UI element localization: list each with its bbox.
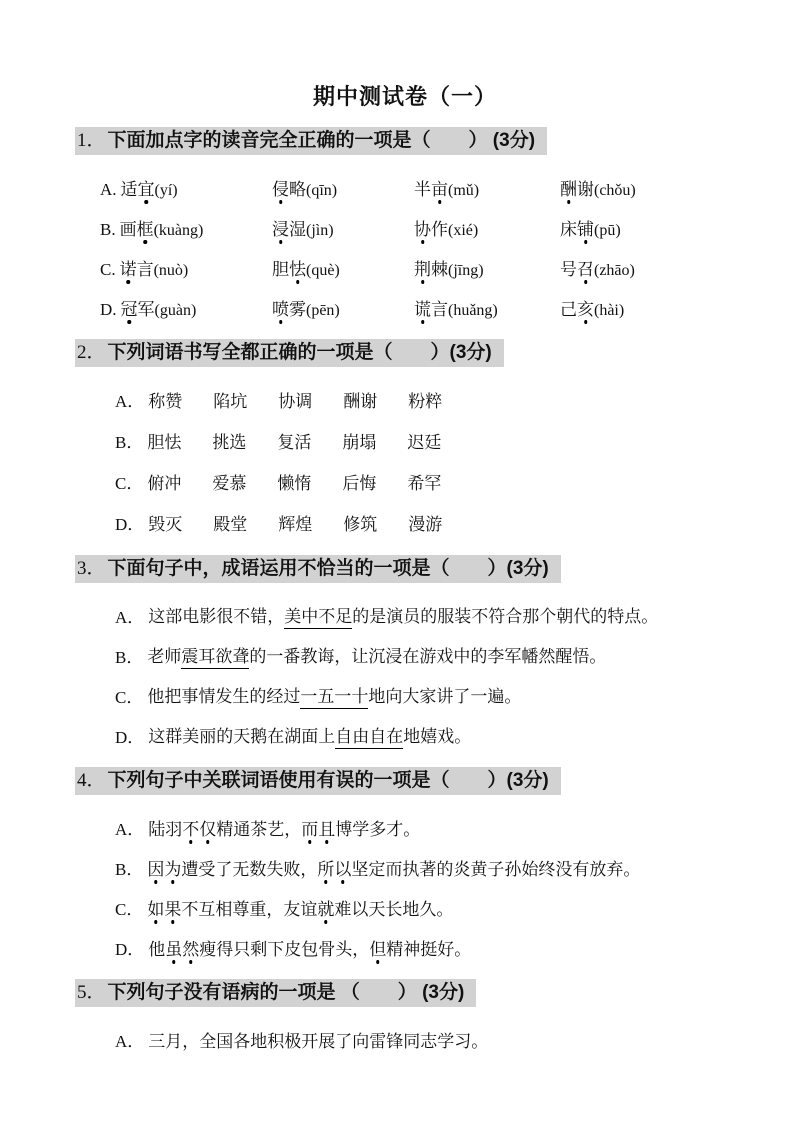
option-row-b: B.画框(kuàng) 浸湿(jìn) 协作(xié) 床铺(pū) xyxy=(75,207,735,247)
word-item: 懒惰 xyxy=(277,469,311,494)
option-row-d: D．他虽然瘦得只剩下皮包骨头，但精神挺好。 xyxy=(75,927,735,967)
option-label: C． xyxy=(115,469,143,494)
dotted-char: 亩 xyxy=(431,175,448,200)
underlined-phrase: 美中不足 xyxy=(284,602,352,629)
question-3-text: 下面句子中，成语运用不恰当的一项是（ ）(3分) xyxy=(108,558,549,579)
word-cell: D.冠军(guàn) xyxy=(100,295,272,320)
dotted-char: 怯 xyxy=(289,255,306,280)
test-paper-page: 期中测试卷（一） 1．下面加点字的读音完全正确的一项是（ ） (3分) A.适宜… xyxy=(0,0,793,1122)
option-label: A． xyxy=(115,1027,144,1052)
word-item: 画框(kuàng) xyxy=(120,220,204,239)
option-label: D． xyxy=(115,723,144,748)
text-run: 瘦得只剩下皮包骨头， xyxy=(199,940,369,959)
text-run: 言 xyxy=(431,300,448,319)
option-sentence: 他把事情发生的经过一五一十地向大家讲了一遍。 xyxy=(147,682,521,709)
option-row-a: A.适宜(yí) 侵略(qīn) 半亩(mǔ) 酬谢(chǒu) xyxy=(75,167,735,207)
underlined-phrase: 一五一十 xyxy=(300,682,368,709)
dotted-char: 宜 xyxy=(138,175,155,200)
dotted-char: 但 xyxy=(369,935,386,960)
option-label: A． xyxy=(115,387,144,412)
text-run: 地向大家讲了一遍。 xyxy=(368,687,521,706)
word-item: 己亥(hài) xyxy=(560,295,735,320)
option-sentence: 老师震耳欲聋的一番教诲，让沉浸在游戏中的李军幡然醒悟。 xyxy=(147,642,606,669)
text-run: 己 xyxy=(560,300,577,319)
option-row-b: B．老师震耳欲聋的一番教诲，让沉浸在游戏中的李军幡然醒悟。 xyxy=(75,635,735,675)
pinyin: (jìn) xyxy=(306,222,334,239)
question-5-header: 5．下列句子没有语病的一项是 （ ） (3分) xyxy=(75,979,476,1007)
pinyin: (chǒu) xyxy=(594,182,636,199)
question-2-number: 2． xyxy=(77,342,106,363)
word-cell: C.诺言(nuò) xyxy=(100,255,272,280)
text-run: 地嬉戏。 xyxy=(403,727,471,746)
dotted-char: 诺 xyxy=(120,255,137,280)
word-item: 修筑 xyxy=(343,510,377,535)
dotted-char: 浸 xyxy=(272,215,289,240)
word-item: 希罕 xyxy=(407,469,441,494)
dotted-char: 铺 xyxy=(577,215,594,240)
option-label: A. xyxy=(100,180,117,199)
dotted-char: 果 xyxy=(164,895,181,920)
question-4-header: 4．下列句子中关联词语使用有误的一项是（ ）(3分) xyxy=(75,767,561,795)
dotted-char: 然 xyxy=(182,935,199,960)
question-5-number: 5． xyxy=(77,982,106,1003)
word-item: 称赞 xyxy=(148,387,182,412)
option-label: B. xyxy=(100,220,116,239)
pinyin: (zhāo) xyxy=(594,262,635,279)
question-1-header: 1．下面加点字的读音完全正确的一项是（ ） (3分) xyxy=(75,127,547,155)
dotted-char: 为 xyxy=(164,855,181,880)
word-item: 半亩(mǔ) xyxy=(414,175,560,200)
option-sentence: 陆羽不仅精通茶艺，而且博学多才。 xyxy=(148,815,420,840)
question-2-options: A． 称赞 陷坑 协调 酬谢 粉粹 B． 胆怯 挑选 复活 崩塌 迟廷 C． 俯… xyxy=(75,379,735,543)
pinyin: (nuò) xyxy=(154,262,189,279)
word-item: 后悔 xyxy=(342,469,376,494)
word-item: 挑选 xyxy=(212,428,246,453)
dotted-char: 不 xyxy=(182,815,199,840)
question-2-text: 下列词语书写全都正确的一项是（ ）(3分) xyxy=(108,342,492,363)
dotted-char: 荆 xyxy=(414,255,431,280)
word-item: 胆怯(què) xyxy=(272,255,414,280)
text-run: 老师 xyxy=(147,647,181,666)
question-2: 2．下列词语书写全都正确的一项是（ ）(3分) A． 称赞 陷坑 协调 酬谢 粉… xyxy=(75,339,735,543)
option-row-a: A．陆羽不仅精通茶艺，而且博学多才。 xyxy=(75,807,735,847)
word-item: 浸湿(jìn) xyxy=(272,215,414,240)
option-sentence: 因为遭受了无数失败，所以坚定而执著的炎黄子孙始终没有放弃。 xyxy=(147,855,640,880)
question-4-number: 4． xyxy=(77,770,106,791)
pinyin: (xié) xyxy=(448,222,478,239)
word-item: 酬谢 xyxy=(343,387,377,412)
option-label: D． xyxy=(115,935,144,960)
text-run: 作 xyxy=(431,220,448,239)
text-run: 棘 xyxy=(431,260,448,279)
option-row-c: C.诺言(nuò) 胆怯(què) 荆棘(jīng) 号召(zhāo) xyxy=(75,247,735,287)
underlined-phrase: 震耳欲聋 xyxy=(181,642,249,669)
text-run: 他把事情发生的经过 xyxy=(147,687,300,706)
word-item: 辉煌 xyxy=(278,510,312,535)
text-run: 博学多才。 xyxy=(335,820,420,839)
dotted-char: 且 xyxy=(318,815,335,840)
text-run: 精神挺好。 xyxy=(386,940,471,959)
pinyin: (pēn) xyxy=(306,302,340,319)
text-run: 胆 xyxy=(272,260,289,279)
dotted-char: 喷 xyxy=(272,295,289,320)
text-run: 陆羽 xyxy=(148,820,182,839)
option-label: B． xyxy=(115,428,143,453)
option-row-b: B．因为遭受了无数失败，所以坚定而执著的炎黄子孙始终没有放弃。 xyxy=(75,847,735,887)
text-run: 言 xyxy=(137,260,154,279)
pinyin: (què) xyxy=(306,262,340,279)
pinyin: (yí) xyxy=(155,182,178,199)
question-3-options: A．这部电影很不错，美中不足的是演员的服装不符合那个朝代的特点。 B．老师震耳欲… xyxy=(75,595,735,755)
question-1-options: A.适宜(yí) 侵略(qīn) 半亩(mǔ) 酬谢(chǒu) B.画框(ku… xyxy=(75,167,735,327)
text-run: 军 xyxy=(138,300,155,319)
option-label: D． xyxy=(115,510,144,535)
option-row-b: B． 胆怯 挑选 复活 崩塌 迟廷 xyxy=(75,420,735,461)
option-row-d: D．这群美丽的天鹅在湖面上自由自在地嬉戏。 xyxy=(75,715,735,755)
word-item: 漫游 xyxy=(408,510,442,535)
text-run: 雾 xyxy=(289,300,306,319)
word-item: 协调 xyxy=(278,387,312,412)
dotted-char: 框 xyxy=(137,215,154,240)
option-label: C. xyxy=(100,260,116,279)
word-item: 号召(zhāo) xyxy=(560,255,735,280)
option-row-c: C． 俯冲 爱慕 懒惰 后悔 希罕 xyxy=(75,461,735,502)
pinyin: (hài) xyxy=(594,302,624,319)
text-run: 床 xyxy=(560,220,577,239)
dotted-char: 召 xyxy=(577,255,594,280)
dotted-char: 协 xyxy=(414,215,431,240)
option-label: C． xyxy=(115,895,143,920)
text-run: 湿 xyxy=(289,220,306,239)
dotted-char: 而 xyxy=(301,815,318,840)
pinyin: (guàn) xyxy=(155,302,197,319)
option-row-a: A． 称赞 陷坑 协调 酬谢 粉粹 xyxy=(75,379,735,420)
option-sentence: 他虽然瘦得只剩下皮包骨头，但精神挺好。 xyxy=(148,935,471,960)
text-run: 遭受了无数失败， xyxy=(181,860,317,879)
word-item: 毁灭 xyxy=(148,510,182,535)
word-item: 陷坑 xyxy=(213,387,247,412)
word-item: 崩塌 xyxy=(342,428,376,453)
option-sentence: 三月，全国各地积极开展了向雷锋同志学习。 xyxy=(148,1027,488,1052)
dotted-char: 因 xyxy=(147,855,164,880)
word-cell: B.画框(kuàng) xyxy=(100,215,272,240)
question-3-number: 3． xyxy=(77,558,106,579)
text-run: 难以天长地久。 xyxy=(334,900,453,919)
page-title: 期中测试卷（一） xyxy=(75,80,735,111)
option-row-d: D． 毁灭 殿堂 辉煌 修筑 漫游 xyxy=(75,502,735,543)
word-item: 酬谢(chǒu) xyxy=(560,175,735,200)
word-item: 荆棘(jīng) xyxy=(414,255,560,280)
option-row-c: C．他把事情发生的经过一五一十地向大家讲了一遍。 xyxy=(75,675,735,715)
text-run: 画 xyxy=(120,220,137,239)
text-run: 这群美丽的天鹅在湖面上 xyxy=(148,727,335,746)
text-run: 的是演员的服装不符合那个朝代的特点。 xyxy=(352,607,658,626)
option-sentence: 如果不互相尊重，友谊就难以天长地久。 xyxy=(147,895,453,920)
word-item: 侵略(qīn) xyxy=(272,175,414,200)
pinyin: (mǔ) xyxy=(448,182,479,199)
option-sentence: 这群美丽的天鹅在湖面上自由自在地嬉戏。 xyxy=(148,722,471,749)
word-item: 俯冲 xyxy=(147,469,181,494)
text-run: 精通茶艺， xyxy=(216,820,301,839)
dotted-char: 虽 xyxy=(165,935,182,960)
word-item: 喷雾(pēn) xyxy=(272,295,414,320)
dotted-char: 以 xyxy=(334,855,351,880)
option-row-a: A．这部电影很不错，美中不足的是演员的服装不符合那个朝代的特点。 xyxy=(75,595,735,635)
dotted-char: 谎 xyxy=(414,295,431,320)
text-run: 的一番教诲，让沉浸在游戏中的李军幡然醒悟。 xyxy=(249,647,606,666)
question-5: 5．下列句子没有语病的一项是 （ ） (3分) A．三月，全国各地积极开展了向雷… xyxy=(75,979,735,1059)
dotted-char: 所 xyxy=(317,855,334,880)
pinyin: (kuàng) xyxy=(154,222,204,239)
option-row-a: A．三月，全国各地积极开展了向雷锋同志学习。 xyxy=(75,1019,735,1059)
word-item: 诺言(nuò) xyxy=(120,260,189,279)
question-3-header: 3．下面句子中，成语运用不恰当的一项是（ ）(3分) xyxy=(75,555,561,583)
text-run: 半 xyxy=(414,180,431,199)
dotted-char: 亥 xyxy=(577,295,594,320)
dotted-char: 酬 xyxy=(560,175,577,200)
option-label: A． xyxy=(115,603,144,628)
pinyin: (huǎng) xyxy=(448,302,498,319)
dotted-char: 就 xyxy=(317,895,334,920)
question-5-text: 下列句子没有语病的一项是 （ ） (3分) xyxy=(108,982,465,1003)
option-row-d: D.冠军(guàn) 喷雾(pēn) 谎言(huǎng) 己亥(hài) xyxy=(75,287,735,327)
option-label: C． xyxy=(115,683,143,708)
option-label: D. xyxy=(100,300,117,319)
dotted-char: 侵 xyxy=(272,175,289,200)
pinyin: (pū) xyxy=(594,222,621,239)
text-run: 坚定而执著的炎黄子孙始终没有放弃。 xyxy=(351,860,640,879)
word-item: 谎言(huǎng) xyxy=(414,295,560,320)
text-run: 不互相尊重，友谊 xyxy=(181,900,317,919)
text-run: 这部电影很不错， xyxy=(148,607,284,626)
word-item: 适宜(yí) xyxy=(121,180,178,199)
word-cell: A.适宜(yí) xyxy=(100,175,272,200)
dotted-char: 仅 xyxy=(199,815,216,840)
option-row-c: C．如果不互相尊重，友谊就难以天长地久。 xyxy=(75,887,735,927)
pinyin: (qīn) xyxy=(306,182,337,199)
word-item: 复活 xyxy=(277,428,311,453)
text-run: 三月，全国各地积极开展了向雷锋同志学习。 xyxy=(148,1032,488,1051)
option-sentence: 这部电影很不错，美中不足的是演员的服装不符合那个朝代的特点。 xyxy=(148,602,658,629)
text-run: 谢 xyxy=(577,180,594,199)
word-item: 迟廷 xyxy=(407,428,441,453)
text-run: 号 xyxy=(560,260,577,279)
question-1: 1．下面加点字的读音完全正确的一项是（ ） (3分) A.适宜(yí) 侵略(q… xyxy=(75,127,735,327)
text-run: 他 xyxy=(148,940,165,959)
underlined-phrase: 自由自在 xyxy=(335,722,403,749)
word-item: 爱慕 xyxy=(212,469,246,494)
word-item: 粉粹 xyxy=(408,387,442,412)
word-item: 协作(xié) xyxy=(414,215,560,240)
question-5-options: A．三月，全国各地积极开展了向雷锋同志学习。 xyxy=(75,1019,735,1059)
option-label: A． xyxy=(115,815,144,840)
dotted-char: 冠 xyxy=(121,295,138,320)
dotted-char: 如 xyxy=(147,895,164,920)
word-item: 殿堂 xyxy=(213,510,247,535)
question-4-text: 下列句子中关联词语使用有误的一项是（ ）(3分) xyxy=(108,770,549,791)
question-2-header: 2．下列词语书写全都正确的一项是（ ）(3分) xyxy=(75,339,504,367)
question-1-text: 下面加点字的读音完全正确的一项是（ ） (3分) xyxy=(108,130,536,151)
question-3: 3．下面句子中，成语运用不恰当的一项是（ ）(3分) A．这部电影很不错，美中不… xyxy=(75,555,735,755)
option-label: B． xyxy=(115,643,143,668)
pinyin: (jīng) xyxy=(448,262,484,279)
word-item: 胆怯 xyxy=(147,428,181,453)
word-item: 床铺(pū) xyxy=(560,215,735,240)
question-4: 4．下列句子中关联词语使用有误的一项是（ ）(3分) A．陆羽不仅精通茶艺，而且… xyxy=(75,767,735,967)
word-item: 冠军(guàn) xyxy=(121,300,197,319)
text-run: 略 xyxy=(289,180,306,199)
question-4-options: A．陆羽不仅精通茶艺，而且博学多才。 B．因为遭受了无数失败，所以坚定而执著的炎… xyxy=(75,807,735,967)
text-run: 适 xyxy=(121,180,138,199)
option-label: B． xyxy=(115,855,143,880)
question-1-number: 1． xyxy=(77,130,106,151)
